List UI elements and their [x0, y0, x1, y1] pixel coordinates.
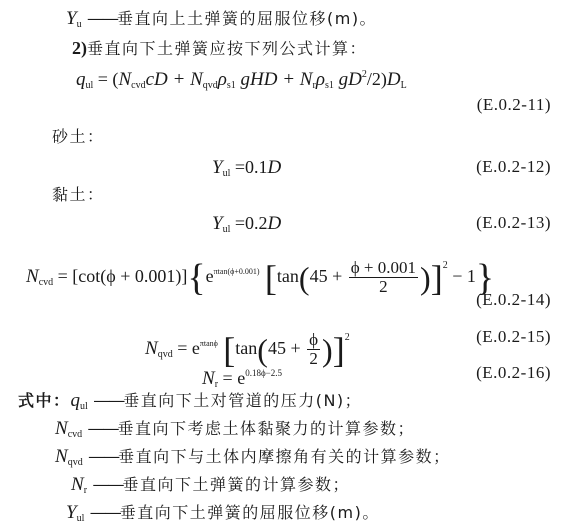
equation-e0211: qul = (NcvdcD + Nqvdρs1 gHD + Nrρs1 gD2/…: [76, 64, 407, 97]
equation-e0213: Yul =0.2D: [212, 212, 281, 241]
where-item-nqvd: Nqvd ——垂直向下与土体内摩擦角有关的计算参数；: [55, 446, 451, 474]
equation-number: (E.0.2-13): [476, 213, 551, 233]
equation-number: (E.0.2-15): [476, 327, 551, 347]
equation-number: (E.0.2-16): [476, 363, 551, 383]
where-item-qul: 式中：qul ——垂直向下土对管道的压力(N)；: [18, 390, 362, 418]
equation-number: (E.0.2-12): [476, 157, 551, 177]
clay-label: 黏土：: [52, 184, 105, 206]
where-item-ncvd: Ncvd ——垂直向下考虑土体黏聚力的计算参数；: [55, 418, 415, 446]
where-item-nr: Nr ——垂直向下土弹簧的计算参数；: [71, 474, 350, 502]
fraction: ϕ + 0.0012: [349, 259, 418, 296]
equation-e0215: Nqvd = eπtanϕ [tan(45 + ϕ2)]2: [145, 316, 350, 360]
where-item-yul: Yul ——垂直向下土弹簧的屈服位移(m)。: [66, 502, 380, 530]
equation-number: (E.0.2-14): [476, 290, 551, 310]
equation-e0212: Yul =0.1D: [212, 156, 281, 185]
yu-definition: Yu ——垂直向上土弹簧的屈服位移(m)。: [66, 8, 377, 36]
fraction: ϕ2: [307, 331, 320, 368]
item-2-heading: 2)垂直向下土弹簧应按下列公式计算：: [72, 37, 367, 60]
sand-label: 砂土：: [52, 126, 105, 148]
equation-e0214: Ncvd = [cot(ϕ + 0.001)]{eπtan(ϕ+0.001) […: [26, 244, 494, 288]
equation-number: (E.0.2-11): [477, 95, 551, 115]
symbol: Y: [66, 8, 77, 29]
